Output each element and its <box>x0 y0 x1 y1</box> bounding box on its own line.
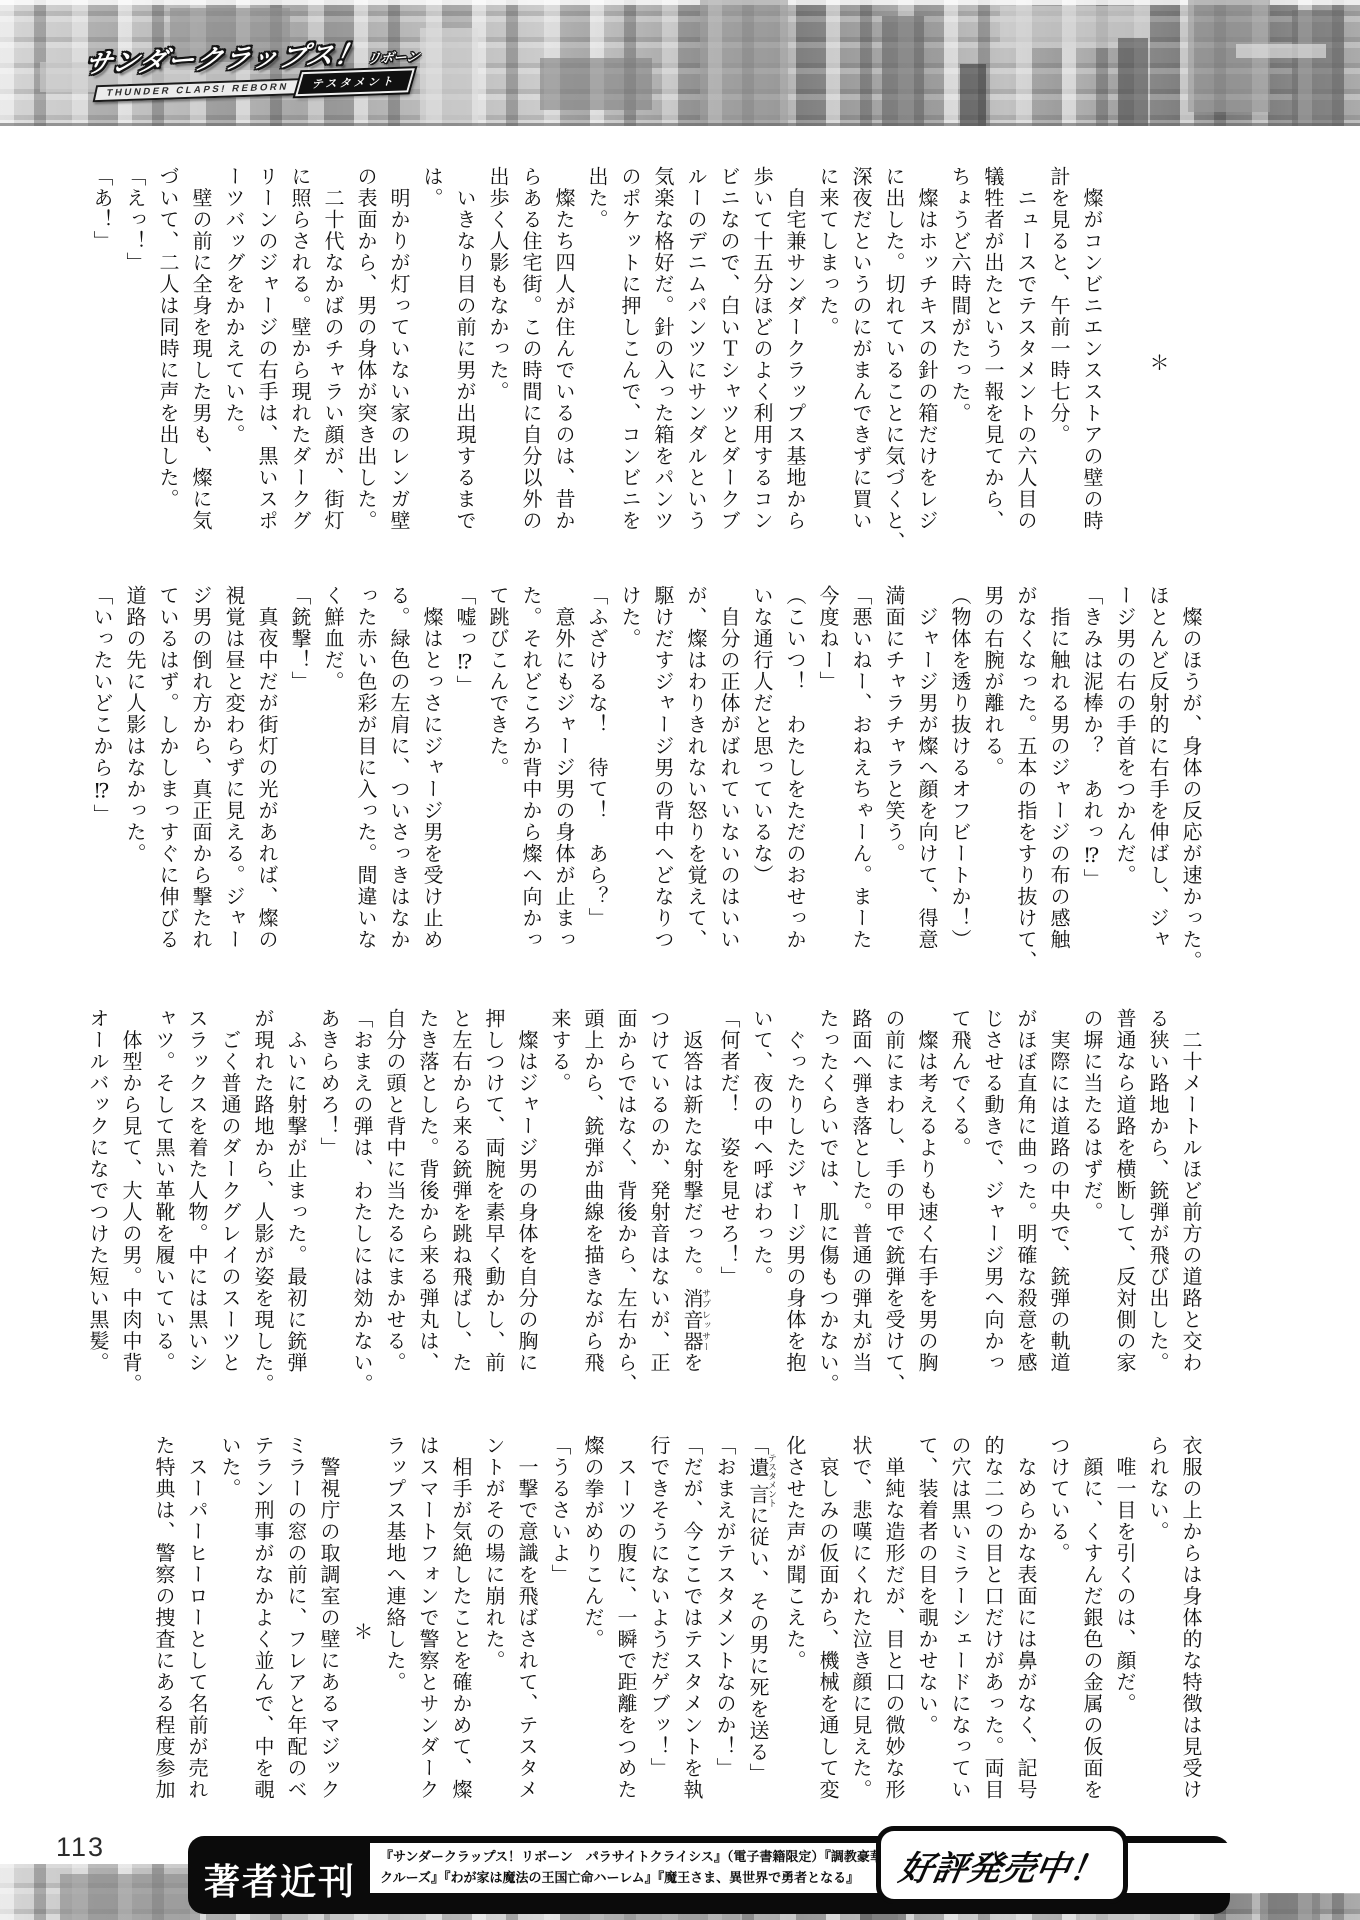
text-column: 単純な造形だが、目と口の微妙な形 <box>876 1435 909 1829</box>
text-column: 一撃で意識を飛ばされて、テスタメ <box>509 1435 542 1829</box>
text-column: 真夜中だが街灯の光があれば、燦の <box>249 585 282 979</box>
text-column: 「きみは泥棒か？ あれっ⁉」 <box>1074 585 1107 979</box>
text-column: 頭上から、銃弾が曲線を描きながら飛 <box>575 1008 608 1402</box>
text-column: 来する。 <box>542 1008 575 1402</box>
text-column: （物体を透り抜けるオフビートか！） <box>942 585 975 979</box>
text-column: いた。 <box>212 1435 245 1829</box>
on-sale-text: 好評発売中！ <box>896 1841 1109 1890</box>
text-column: 警視庁の取調室の壁にあるマジック <box>311 1435 344 1829</box>
publications-label: 著者近刊 <box>204 1854 364 1905</box>
text-column: 犠牲者が出たという一報を見てから、 <box>975 166 1008 560</box>
text-column: ごく普通のダークグレイのスーツと <box>212 1008 245 1402</box>
text-column: った赤い色彩が目に入った。間違いな <box>348 585 381 979</box>
text-column <box>1107 166 1140 560</box>
text-column: 今度ねー」 <box>810 585 843 979</box>
text-column: 「銃撃！」 <box>282 585 315 979</box>
text-column: 出た。 <box>579 166 612 560</box>
text-column: の穴は黒いミラーシェードになってい <box>942 1435 975 1829</box>
text-column: あきらめろ！」 <box>311 1008 344 1402</box>
text-column: 化させた声が聞こえた。 <box>777 1435 810 1829</box>
text-column: ほとんど反射的に右手を伸ばし、ジャ <box>1140 585 1173 979</box>
text-column: ーツバッグをかかえていた。 <box>216 166 249 560</box>
text-column: 的な二つの目と口だけがあった。両目 <box>975 1435 1008 1829</box>
text-column: ラップス基地へ連絡した。 <box>377 1435 410 1829</box>
text-column: は。 <box>414 166 447 560</box>
text-column: の塀に当たるはずだ。 <box>1074 1008 1107 1402</box>
collage-block <box>1236 44 1326 58</box>
text-column: 燦はとっさにジャージ男を受け止め <box>414 585 447 979</box>
text-column: 指に触れる男のジャージの布の感触 <box>1041 585 1074 979</box>
collage-block <box>960 64 986 126</box>
text-column: 壁の前に全身を現した男も、燦に気 <box>183 166 216 560</box>
text-column: る。緑色の左肩に、ついさっきはなか <box>381 585 414 979</box>
text-column: られない。 <box>1140 1435 1173 1829</box>
text-column: いて、夜の中へ呼ばわった。 <box>744 1008 777 1402</box>
text-column: 体型から見て、大人の男。中肉中背。 <box>113 1008 146 1402</box>
logo-english-title: THUNDER CLAPS! REBORN <box>93 78 303 102</box>
text-column: スラックスを着た人物。中には黒いシ <box>179 1008 212 1402</box>
text-band-3: 二十メートルほど前方の道路と交わる狭い路地から、銃弾が飛び出した。普通なら道路を… <box>84 1008 1206 1402</box>
text-column: が、燦はわりきれない怒りを覚えて、 <box>678 585 711 979</box>
text-column: 「おまえの弾は、わたしには効かない。 <box>344 1008 377 1402</box>
text-column: ジャージ男が燦へ顔を向けて、得意 <box>909 585 942 979</box>
text-column: 自宅兼サンダークラップス基地から <box>777 166 810 560</box>
text-column: つけている。 <box>1041 1435 1074 1829</box>
text-column: 面からではなく、背後から、左右から、 <box>608 1008 641 1402</box>
text-column: じさせる動きで、ジャージ男へ向かっ <box>975 1008 1008 1402</box>
text-column: 相手が気絶したことを確かめて、燦 <box>443 1435 476 1829</box>
text-column: 自分の正体がばれていないのはいい <box>711 585 744 979</box>
text-column: つけているのか、発射音はないが、正 <box>641 1008 674 1402</box>
text-column: 燦たち四人が住んでいるのは、昔か <box>546 166 579 560</box>
text-column: づいて、二人は同時に声を出した。 <box>150 166 183 560</box>
text-column: 視覚は昼と変わらずに見える。ジャー <box>216 585 249 979</box>
text-column: て跳びこんできた。 <box>480 585 513 979</box>
text-column: 行できそうにないようだゲブッ！」 <box>641 1435 674 1829</box>
text-column: ふいに射撃が止まった。最初に銃弾 <box>278 1008 311 1402</box>
text-column: スーツの腹に、一瞬で距離をつめた <box>608 1435 641 1829</box>
collage-block <box>540 58 652 110</box>
text-column: 燦はホッチキスの針の箱だけをレジ <box>909 166 942 560</box>
text-column: がなくなった。五本の指をすり抜けて、 <box>1008 585 1041 979</box>
collage-block <box>700 0 788 126</box>
logo-volume-tag: テスタメント <box>295 68 414 96</box>
text-column: 出歩く人影もなかった。 <box>480 166 513 560</box>
text-column: 衣服の上からは身体的な特徴は見受け <box>1173 1435 1206 1829</box>
text-column: いな通行人だと思っているな） <box>744 585 777 979</box>
text-column: 「遺言テスタメントに従い、その男に死を送る」 <box>740 1435 777 1829</box>
text-column: 歩いて十五分ほどのよく利用するコン <box>744 166 777 560</box>
text-band-2: 燦のほうが、身体の反応が速かった。ほとんど反射的に右手を伸ばし、ジャージ男の右の… <box>84 585 1206 979</box>
collage-block <box>882 16 924 126</box>
text-column: たき落とした。背後から来る弾丸は、 <box>410 1008 443 1402</box>
collage-block <box>60 1874 200 1920</box>
text-column: と左右から来る銃弾を跳ね飛ばし、た <box>443 1008 476 1402</box>
text-column: 「悪いねー、おねえちゃーん。まーた <box>843 585 876 979</box>
section-divider: ＊ <box>344 1435 377 1829</box>
text-column: はスマートフォンで警察とサンダーク <box>410 1435 443 1829</box>
collage-block <box>420 28 478 126</box>
text-column: ジ男の倒れ方から、真正面から撃たれ <box>183 585 216 979</box>
publications-titles: 『サンダークラップス！リボーン パラサイトクライシス』（電子書籍限定）『調教豪華… <box>370 1843 1360 1893</box>
text-column: 哀しみの仮面から、機械を通して変 <box>810 1435 843 1829</box>
text-column: 「おまえがテスタメントなのか！」 <box>707 1435 740 1829</box>
text-column: 燦は考えるよりも速く右手を男の胸 <box>909 1008 942 1402</box>
header-banner: サンダークラップス！ リボーン THUNDER CLAPS! REBORN テス… <box>0 0 1360 126</box>
text-column: 自分の頭と背中に当たるにまかせる。 <box>377 1008 410 1402</box>
text-column: オールバックになでつけた短い黒髪。 <box>80 1008 113 1402</box>
text-column: ルーのデニムパンツにサンダルという <box>678 166 711 560</box>
section-divider: ＊ <box>1140 166 1173 560</box>
text-column: たったくらいでは、肌に傷もつかない。 <box>810 1008 843 1402</box>
text-column: なめらかな表面には鼻がなく、記号 <box>1008 1435 1041 1829</box>
text-column: 男の右腕が離れる。 <box>975 585 1008 979</box>
text-column: 深夜だというのにがまんできずに買い <box>843 166 876 560</box>
text-column: 燦のほうが、身体の反応が速かった。 <box>1173 585 1206 979</box>
text-column: 顔に、くすんだ銀色の金属の仮面を <box>1074 1435 1107 1829</box>
text-column: ャツ。そして黒い革靴を履いている。 <box>146 1008 179 1402</box>
text-column: スーパーヒーローとして名前が売れ <box>179 1435 212 1829</box>
text-column: ちょうど六時間がたった。 <box>942 166 975 560</box>
text-column: 道路の先に人影はなかった。 <box>117 585 150 979</box>
text-column: テラン刑事がなかよく並んで、中を覗 <box>245 1435 278 1829</box>
text-column: る狭い路地から、銃弾が飛び出した。 <box>1140 1008 1173 1402</box>
text-column: ビニなので、白いＴシャツとダークブ <box>711 166 744 560</box>
text-column: 燦はジャージ男の身体を自分の胸に <box>509 1008 542 1402</box>
text-column: て、装着者の目を覗かせない。 <box>909 1435 942 1829</box>
text-column: に出した。切れていることに気づくと、 <box>876 166 909 560</box>
text-column: て飛んでくる。 <box>942 1008 975 1402</box>
text-column: 気楽な格好だ。針の入った箱をパンツ <box>645 166 678 560</box>
text-column: ニュースでテスタメントの六人目の <box>1008 166 1041 560</box>
text-column: の表面から、男の身体が突き出した。 <box>348 166 381 560</box>
text-column: に来てしまった。 <box>810 166 843 560</box>
collage-block <box>1118 38 1148 126</box>
series-logo: サンダークラップス！ リボーン THUNDER CLAPS! REBORN テス… <box>76 30 425 106</box>
text-column: 二十代なかばのチャラい顔が、街灯 <box>315 166 348 560</box>
text-column: ントがその場に崩れた。 <box>476 1435 509 1829</box>
titles-line2: クルーズ』『わが家は魔法の王国亡命ハーレム』『魔王さま、異世界で勇者となる』 <box>380 1867 1360 1888</box>
page-number: 113 <box>56 1832 105 1863</box>
text-column: のポケットに押しこんで、コンビニを <box>612 166 645 560</box>
text-column: 計を見ると、午前一時七分。 <box>1041 166 1074 560</box>
text-column: （こいつ！ わたしをただのおせっか <box>777 585 810 979</box>
text-column: 状で、悲嘆にくれた泣き顔に見えた。 <box>843 1435 876 1829</box>
on-sale-badge: 好評発売中！ <box>876 1826 1128 1904</box>
text-column: いきなり目の前に男が出現するまで <box>447 166 480 560</box>
text-column: リーンのジャージの右手は、黒いスポ <box>249 166 282 560</box>
text-column: 返答は新たな射撃だった。消音器サプレッサーを <box>674 1008 711 1402</box>
text-column: けた。 <box>612 585 645 979</box>
text-column: 明かりが灯っていない家のレンガ壁 <box>381 166 414 560</box>
text-column: 「嘘っ⁉」 <box>447 585 480 979</box>
text-band-4: 衣服の上からは身体的な特徴は見受けられない。 唯一目を引くのは、顔だ。 顔に、く… <box>84 1435 1206 1829</box>
text-column: 「あ！」 <box>84 166 117 560</box>
text-column: 燦の拳がめりこんだ。 <box>575 1435 608 1829</box>
text-column: 二十メートルほど前方の道路と交わ <box>1173 1008 1206 1402</box>
text-column: ているはず。しかしまっすぐに伸びる <box>150 585 183 979</box>
text-column: 「えっ！」 <box>117 166 150 560</box>
text-column: 燦がコンビニエンスストアの壁の時 <box>1074 166 1107 560</box>
text-column: 「何者だ！ 姿を見せろ！」 <box>711 1008 744 1402</box>
titles-line1: 『サンダークラップス！リボーン パラサイトクライシス』（電子書籍限定）『調教豪華… <box>380 1846 1360 1867</box>
text-column: の前にまわし、手の甲で銃弾を受けて、 <box>876 1008 909 1402</box>
text-column: 「うるさいよ」 <box>542 1435 575 1829</box>
text-column: ぐったりしたジャージ男の身体を抱 <box>777 1008 810 1402</box>
text-column: 普通なら道路を横断して、反対側の家 <box>1107 1008 1140 1402</box>
text-column: た特典は、警察の捜査にある程度参加 <box>146 1435 179 1829</box>
text-column: が現れた路地から、人影が姿を現した。 <box>245 1008 278 1402</box>
text-column: がほぼ直角に曲った。明確な殺意を感 <box>1008 1008 1041 1402</box>
collage-block <box>1292 10 1344 126</box>
text-column: た。それどころか背中から燦へ向かっ <box>513 585 546 979</box>
text-column: く鮮血だ。 <box>315 585 348 979</box>
text-column: に照らされる。壁から現れたダークグ <box>282 166 315 560</box>
text-column: 路面へ弾き落とした。普通の弾丸が当 <box>843 1008 876 1402</box>
text-column: 満面にチャラチャラと笑う。 <box>876 585 909 979</box>
logo-subtitle: リボーン <box>365 46 421 67</box>
text-column: 唯一目を引くのは、顔だ。 <box>1107 1435 1140 1829</box>
text-column: 駆けだすジャージ男の背中へどなりつ <box>645 585 678 979</box>
text-column <box>1173 166 1206 560</box>
text-band-1: ＊ 燦がコンビニエンスストアの壁の時計を見ると、午前一時七分。 ニュースでテスタ… <box>84 166 1206 560</box>
text-column: 「ふざけるな！ 待て！ あら？」 <box>579 585 612 979</box>
text-column: 実際には道路の中央で、銃弾の軌道 <box>1041 1008 1074 1402</box>
text-column: 意外にもジャージ男の身体が止まっ <box>546 585 579 979</box>
text-column: ミラーの窓の前に、フレアと年配のベ <box>278 1435 311 1829</box>
text-column: らある住宅街。この時間に自分以外の <box>513 166 546 560</box>
text-column: 「いったいどこから⁉」 <box>84 585 117 979</box>
text-column: 押しつけて、両腕を素早く動かし、前 <box>476 1008 509 1402</box>
text-column: 「だが、今ここではテスタメントを執 <box>674 1435 707 1829</box>
text-column: ージ男の右の手首をつかんだ。 <box>1107 585 1140 979</box>
publications-bar: 著者近刊 『サンダークラップス！リボーン パラサイトクライシス』（電子書籍限定）… <box>188 1836 1230 1914</box>
